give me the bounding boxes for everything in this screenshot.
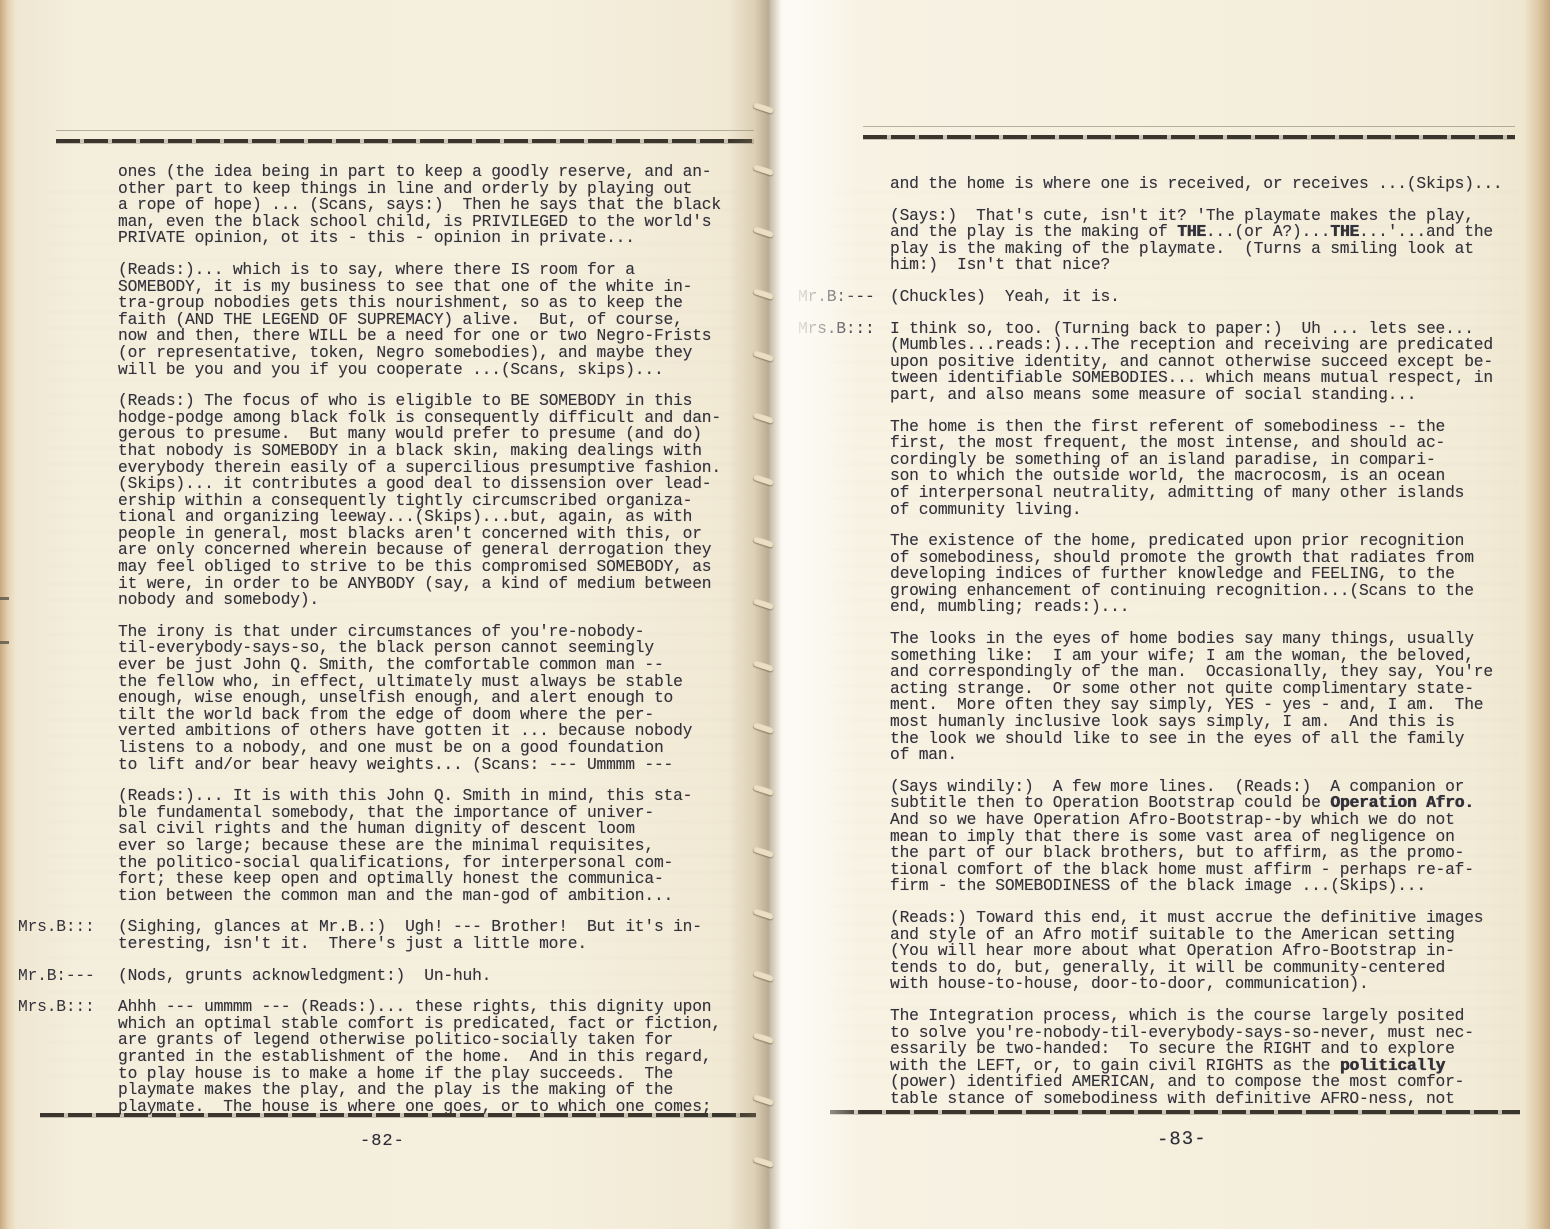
page-number: -83- bbox=[1157, 1127, 1207, 1150]
page-83: and the home is where one is received, o… bbox=[785, 0, 1550, 1229]
paragraph-text: The Integration process, which is the co… bbox=[890, 1008, 1530, 1108]
paragraph-text: (Reads:) Toward this end, it must accrue… bbox=[890, 910, 1530, 993]
paragraph: The looks in the eyes of home bodies say… bbox=[798, 631, 1543, 764]
page-content: ones (the idea being in part to keep a g… bbox=[18, 164, 758, 1115]
dashed-rule-line bbox=[830, 1110, 1520, 1114]
paragraph-text: (Nods, grunts acknowledgment:) Un-huh. bbox=[118, 968, 758, 985]
speaker-label bbox=[18, 164, 118, 247]
bottom-rule bbox=[40, 1113, 756, 1117]
thin-rule-line bbox=[56, 130, 754, 131]
speaker-label bbox=[798, 533, 890, 616]
bottom-rule bbox=[830, 1110, 1520, 1114]
top-rule bbox=[56, 130, 754, 143]
paragraph: Mrs.B:::(Sighing, glances at Mr.B.:) Ugh… bbox=[18, 919, 758, 952]
paragraph: The home is then the first referent of s… bbox=[798, 419, 1543, 519]
paragraph-text: I think so, too. (Turning back to paper:… bbox=[890, 321, 1530, 404]
edge-mark bbox=[0, 597, 9, 600]
speaker-label bbox=[798, 910, 890, 993]
top-rule bbox=[863, 126, 1515, 139]
speaker-label bbox=[798, 176, 890, 193]
speaker-label bbox=[798, 779, 890, 895]
book-spread: ones (the idea being in part to keep a g… bbox=[0, 0, 1550, 1229]
speaker-label bbox=[798, 208, 890, 274]
paragraph: (Reads:)... which is to say, where there… bbox=[18, 262, 758, 378]
paragraph: Mrs.B:::I think so, too. (Turning back t… bbox=[798, 321, 1543, 404]
paragraph: (Says windily:) A few more lines. (Reads… bbox=[798, 779, 1543, 895]
paragraph: (Says:) That's cute, isn't it? 'The play… bbox=[798, 208, 1543, 274]
paragraph: The irony is that under circumstances of… bbox=[18, 624, 758, 773]
page-content: and the home is where one is received, o… bbox=[798, 176, 1543, 1108]
speaker-label bbox=[798, 419, 890, 519]
paragraph-text: (Says windily:) A few more lines. (Reads… bbox=[890, 779, 1530, 895]
paragraph: Mr.B:---(Nods, grunts acknowledgment:) U… bbox=[18, 968, 758, 985]
paragraph: The Integration process, which is the co… bbox=[798, 1008, 1543, 1108]
paragraph-text: (Reads:)... which is to say, where there… bbox=[118, 262, 758, 378]
paragraph: (Reads:)... It is with this John Q. Smit… bbox=[18, 788, 758, 904]
paragraph-text: The looks in the eyes of home bodies say… bbox=[890, 631, 1530, 764]
speaker-label bbox=[18, 624, 118, 773]
page-82: ones (the idea being in part to keep a g… bbox=[0, 0, 770, 1229]
paragraph-text: The irony is that under circumstances of… bbox=[118, 624, 758, 773]
paragraph-text: (Sighing, glances at Mr.B.:) Ugh! --- Br… bbox=[118, 919, 758, 952]
speaker-label: Mr.B:--- bbox=[18, 968, 118, 985]
paragraph-text: and the home is where one is received, o… bbox=[890, 176, 1530, 193]
speaker-label: Mrs.B::: bbox=[798, 321, 890, 404]
speaker-label: Mrs.B::: bbox=[18, 999, 118, 1115]
speaker-label bbox=[798, 1008, 890, 1108]
speaker-label bbox=[18, 788, 118, 904]
edge-mark bbox=[0, 641, 9, 644]
paragraph: (Reads:) Toward this end, it must accrue… bbox=[798, 910, 1543, 993]
dashed-rule-line bbox=[863, 135, 1515, 139]
dashed-rule-line bbox=[40, 1113, 756, 1117]
paragraph-text: ones (the idea being in part to keep a g… bbox=[118, 164, 758, 247]
paragraph: and the home is where one is received, o… bbox=[798, 176, 1543, 193]
page-number: -82- bbox=[360, 1132, 405, 1151]
thin-rule-line bbox=[863, 126, 1515, 127]
paragraph-text: (Says:) That's cute, isn't it? 'The play… bbox=[890, 208, 1530, 274]
speaker-label bbox=[18, 262, 118, 378]
paragraph: (Reads:) The focus of who is eligible to… bbox=[18, 393, 758, 609]
speaker-label bbox=[18, 393, 118, 609]
paragraph: Mr.B:---(Chuckles) Yeah, it is. bbox=[798, 289, 1543, 306]
paragraph-text: (Chuckles) Yeah, it is. bbox=[890, 289, 1530, 306]
speaker-label: Mr.B:--- bbox=[798, 289, 890, 306]
dashed-rule-line bbox=[56, 139, 754, 143]
paragraph: ones (the idea being in part to keep a g… bbox=[18, 164, 758, 247]
speaker-label: Mrs.B::: bbox=[18, 919, 118, 952]
paragraph-text: (Reads:)... It is with this John Q. Smit… bbox=[118, 788, 758, 904]
paragraph-text: (Reads:) The focus of who is eligible to… bbox=[118, 393, 758, 609]
paragraph-text: The home is then the first referent of s… bbox=[890, 419, 1530, 519]
paragraph: Mrs.B:::Ahhh --- ummmm --- (Reads:)... t… bbox=[18, 999, 758, 1115]
paragraph-text: The existence of the home, predicated up… bbox=[890, 533, 1530, 616]
paragraph-text: Ahhh --- ummmm --- (Reads:)... these rig… bbox=[118, 999, 758, 1115]
paragraph: The existence of the home, predicated up… bbox=[798, 533, 1543, 616]
speaker-label bbox=[798, 631, 890, 764]
